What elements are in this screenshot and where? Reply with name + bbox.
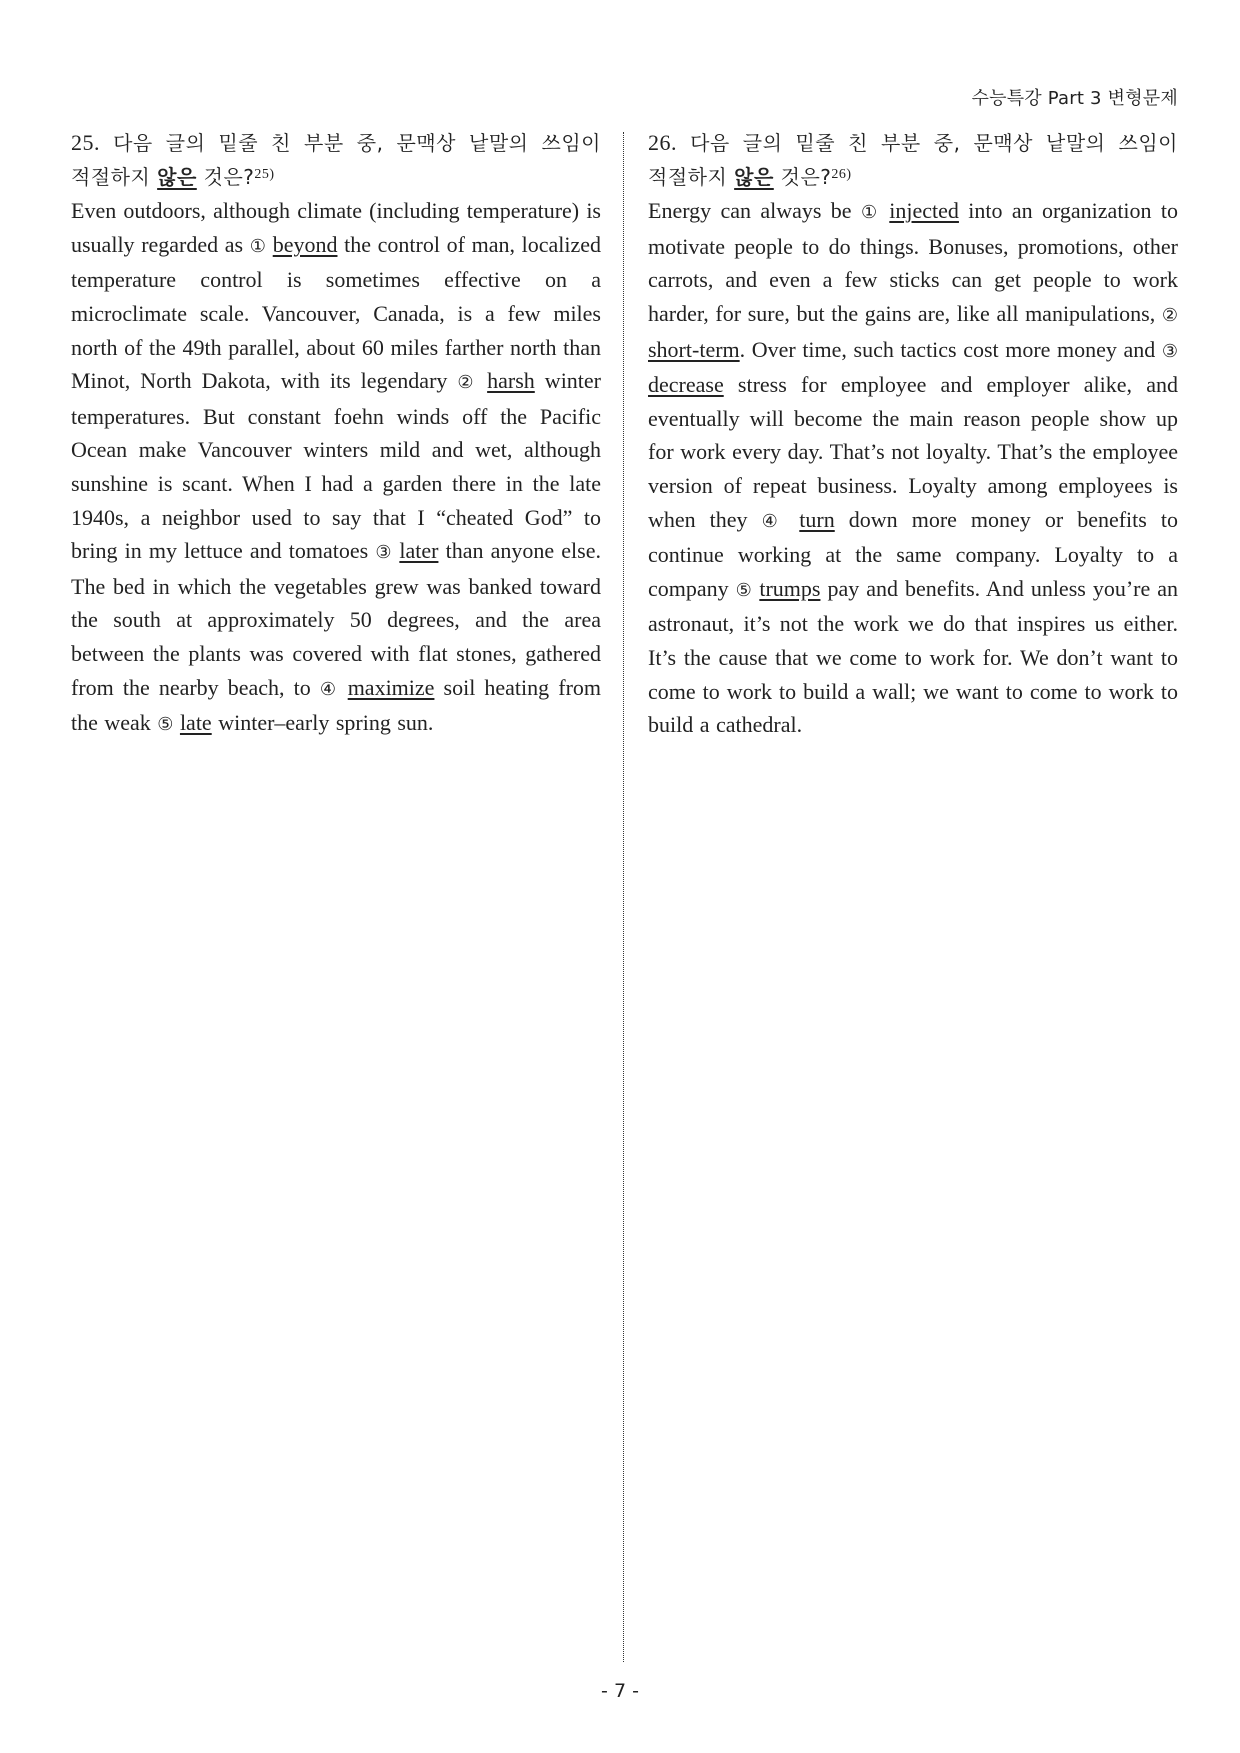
prompt-negation: 않은 bbox=[734, 165, 774, 189]
passage-segment bbox=[785, 507, 799, 532]
underlined-word: trumps bbox=[759, 576, 820, 601]
underlined-word: maximize bbox=[348, 675, 435, 700]
prompt-pre: 적절하지 bbox=[648, 165, 734, 189]
passage-text: Energy can always be ① injected into an … bbox=[648, 194, 1178, 742]
question-25: 25. 다음 글의 밑줄 친 부분 중, 문맥상 낱말의 쓰임이 적절하지 않은… bbox=[71, 126, 601, 742]
underlined-word: decrease bbox=[648, 372, 724, 397]
passage-segment: . Over time, such tactics cost more mone… bbox=[740, 337, 1162, 362]
prompt-pre: 적절하지 bbox=[71, 165, 157, 189]
passage-segment bbox=[477, 368, 487, 393]
prompt-line-1: 26. 다음 글의 밑줄 친 부분 중, 문맥상 낱말의 쓰임이 bbox=[648, 126, 1178, 161]
question-number: 26. bbox=[648, 130, 677, 155]
underlined-word: harsh bbox=[487, 368, 535, 393]
prompt-line-1: 25. 다음 글의 밑줄 친 부분 중, 문맥상 낱말의 쓰임이 bbox=[71, 126, 601, 161]
choice-marker: ③ bbox=[1162, 341, 1178, 362]
underlined-word: short-term bbox=[648, 337, 740, 362]
choice-marker: ① bbox=[250, 236, 266, 257]
passage-segment bbox=[880, 198, 889, 223]
prompt-text: 다음 글의 밑줄 친 부분 중, 문맥상 낱말의 쓰임이 bbox=[690, 131, 1178, 155]
passage-segment: winter temperatures. But constant foehn … bbox=[71, 368, 601, 563]
footnote-ref: 26) bbox=[831, 167, 851, 182]
page-number: - 7 - bbox=[0, 1680, 1240, 1702]
underlined-word: beyond bbox=[273, 232, 338, 257]
page-header: 수능특강 Part 3 변형문제 bbox=[972, 84, 1178, 110]
prompt-line-2: 적절하지 않은 것은?26) bbox=[648, 165, 852, 189]
prompt-negation: 않은 bbox=[157, 165, 197, 189]
choice-marker: ② bbox=[1162, 305, 1178, 326]
passage-segment bbox=[266, 232, 273, 257]
underlined-word: late bbox=[180, 710, 212, 735]
choice-marker: ⑤ bbox=[736, 580, 753, 601]
choice-marker: ② bbox=[457, 372, 477, 393]
prompt-post: 것은? bbox=[197, 165, 255, 189]
question-prompt: 25. 다음 글의 밑줄 친 부분 중, 문맥상 낱말의 쓰임이 적절하지 않은… bbox=[71, 126, 601, 194]
footnote-ref: 25) bbox=[254, 167, 274, 182]
question-number: 25. bbox=[71, 130, 100, 155]
underlined-word: injected bbox=[889, 198, 959, 223]
choice-marker: ④ bbox=[762, 511, 786, 532]
passage-segment: winter–early spring sun. bbox=[212, 710, 434, 735]
question-prompt: 26. 다음 글의 밑줄 친 부분 중, 문맥상 낱말의 쓰임이 적절하지 않은… bbox=[648, 126, 1178, 194]
prompt-text: 다음 글의 밑줄 친 부분 중, 문맥상 낱말의 쓰임이 bbox=[113, 131, 601, 155]
passage-segment: Energy can always be bbox=[648, 198, 861, 223]
choice-marker: ① bbox=[861, 202, 880, 223]
choice-marker: ③ bbox=[375, 542, 392, 563]
choice-marker: ④ bbox=[320, 679, 339, 700]
underlined-word: turn bbox=[799, 507, 834, 532]
column-divider bbox=[623, 132, 624, 1662]
prompt-post: 것은? bbox=[774, 165, 832, 189]
question-26: 26. 다음 글의 밑줄 친 부분 중, 문맥상 낱말의 쓰임이 적절하지 않은… bbox=[648, 126, 1178, 742]
choice-marker: ⑤ bbox=[157, 714, 173, 735]
prompt-line-2: 적절하지 않은 것은?25) bbox=[71, 165, 275, 189]
passage-segment bbox=[339, 675, 348, 700]
underlined-word: later bbox=[399, 538, 438, 563]
passage-text: Even outdoors, although climate (includi… bbox=[71, 194, 601, 742]
